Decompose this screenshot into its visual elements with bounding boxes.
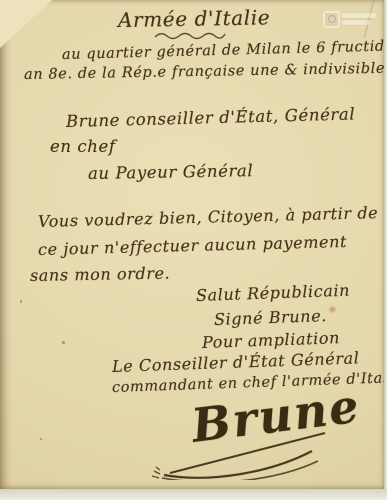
manuscript-paper: Armée d'Italie au quartier général de Mi… xyxy=(0,0,384,489)
auction-watermark-logo-icon xyxy=(323,8,381,30)
closing-signe: Signé Brune. xyxy=(214,306,328,329)
paper-corner-fold xyxy=(0,0,52,48)
signature-flourish xyxy=(140,425,340,480)
sender-line-2: en chef xyxy=(50,137,116,156)
title-underline-flourish xyxy=(152,30,230,42)
paper-speck xyxy=(20,300,22,303)
photo-background-bottom xyxy=(0,489,387,500)
recipient-line: au Payeur Général xyxy=(88,161,254,183)
body-line-1: Vous voudrez bien, Citoyen, à partir de xyxy=(38,203,379,231)
magnifier-icon xyxy=(323,11,340,28)
body-line-3: sans mon ordre. xyxy=(30,264,171,285)
body-line-2: ce jour n'effectuer aucun payement xyxy=(38,232,348,259)
dateline-line-1: au quartier général de Milan le 6 fructi… xyxy=(62,38,387,63)
paper-speck xyxy=(40,438,42,440)
letter-title: Armée d'Italie xyxy=(118,5,271,32)
paper-speck xyxy=(62,341,65,344)
ink-smudge xyxy=(328,306,337,313)
closing-salut: Salut Républicain xyxy=(196,281,351,305)
sender-line-1: Brune conseiller d'État, Général xyxy=(66,104,356,131)
dateline-line-2: an 8e. de la Rép.e française une & indiv… xyxy=(24,61,385,83)
letter-photograph: Armée d'Italie au quartier général de Mi… xyxy=(0,0,387,500)
closing-ampliation: Pour ampliation xyxy=(202,328,341,352)
